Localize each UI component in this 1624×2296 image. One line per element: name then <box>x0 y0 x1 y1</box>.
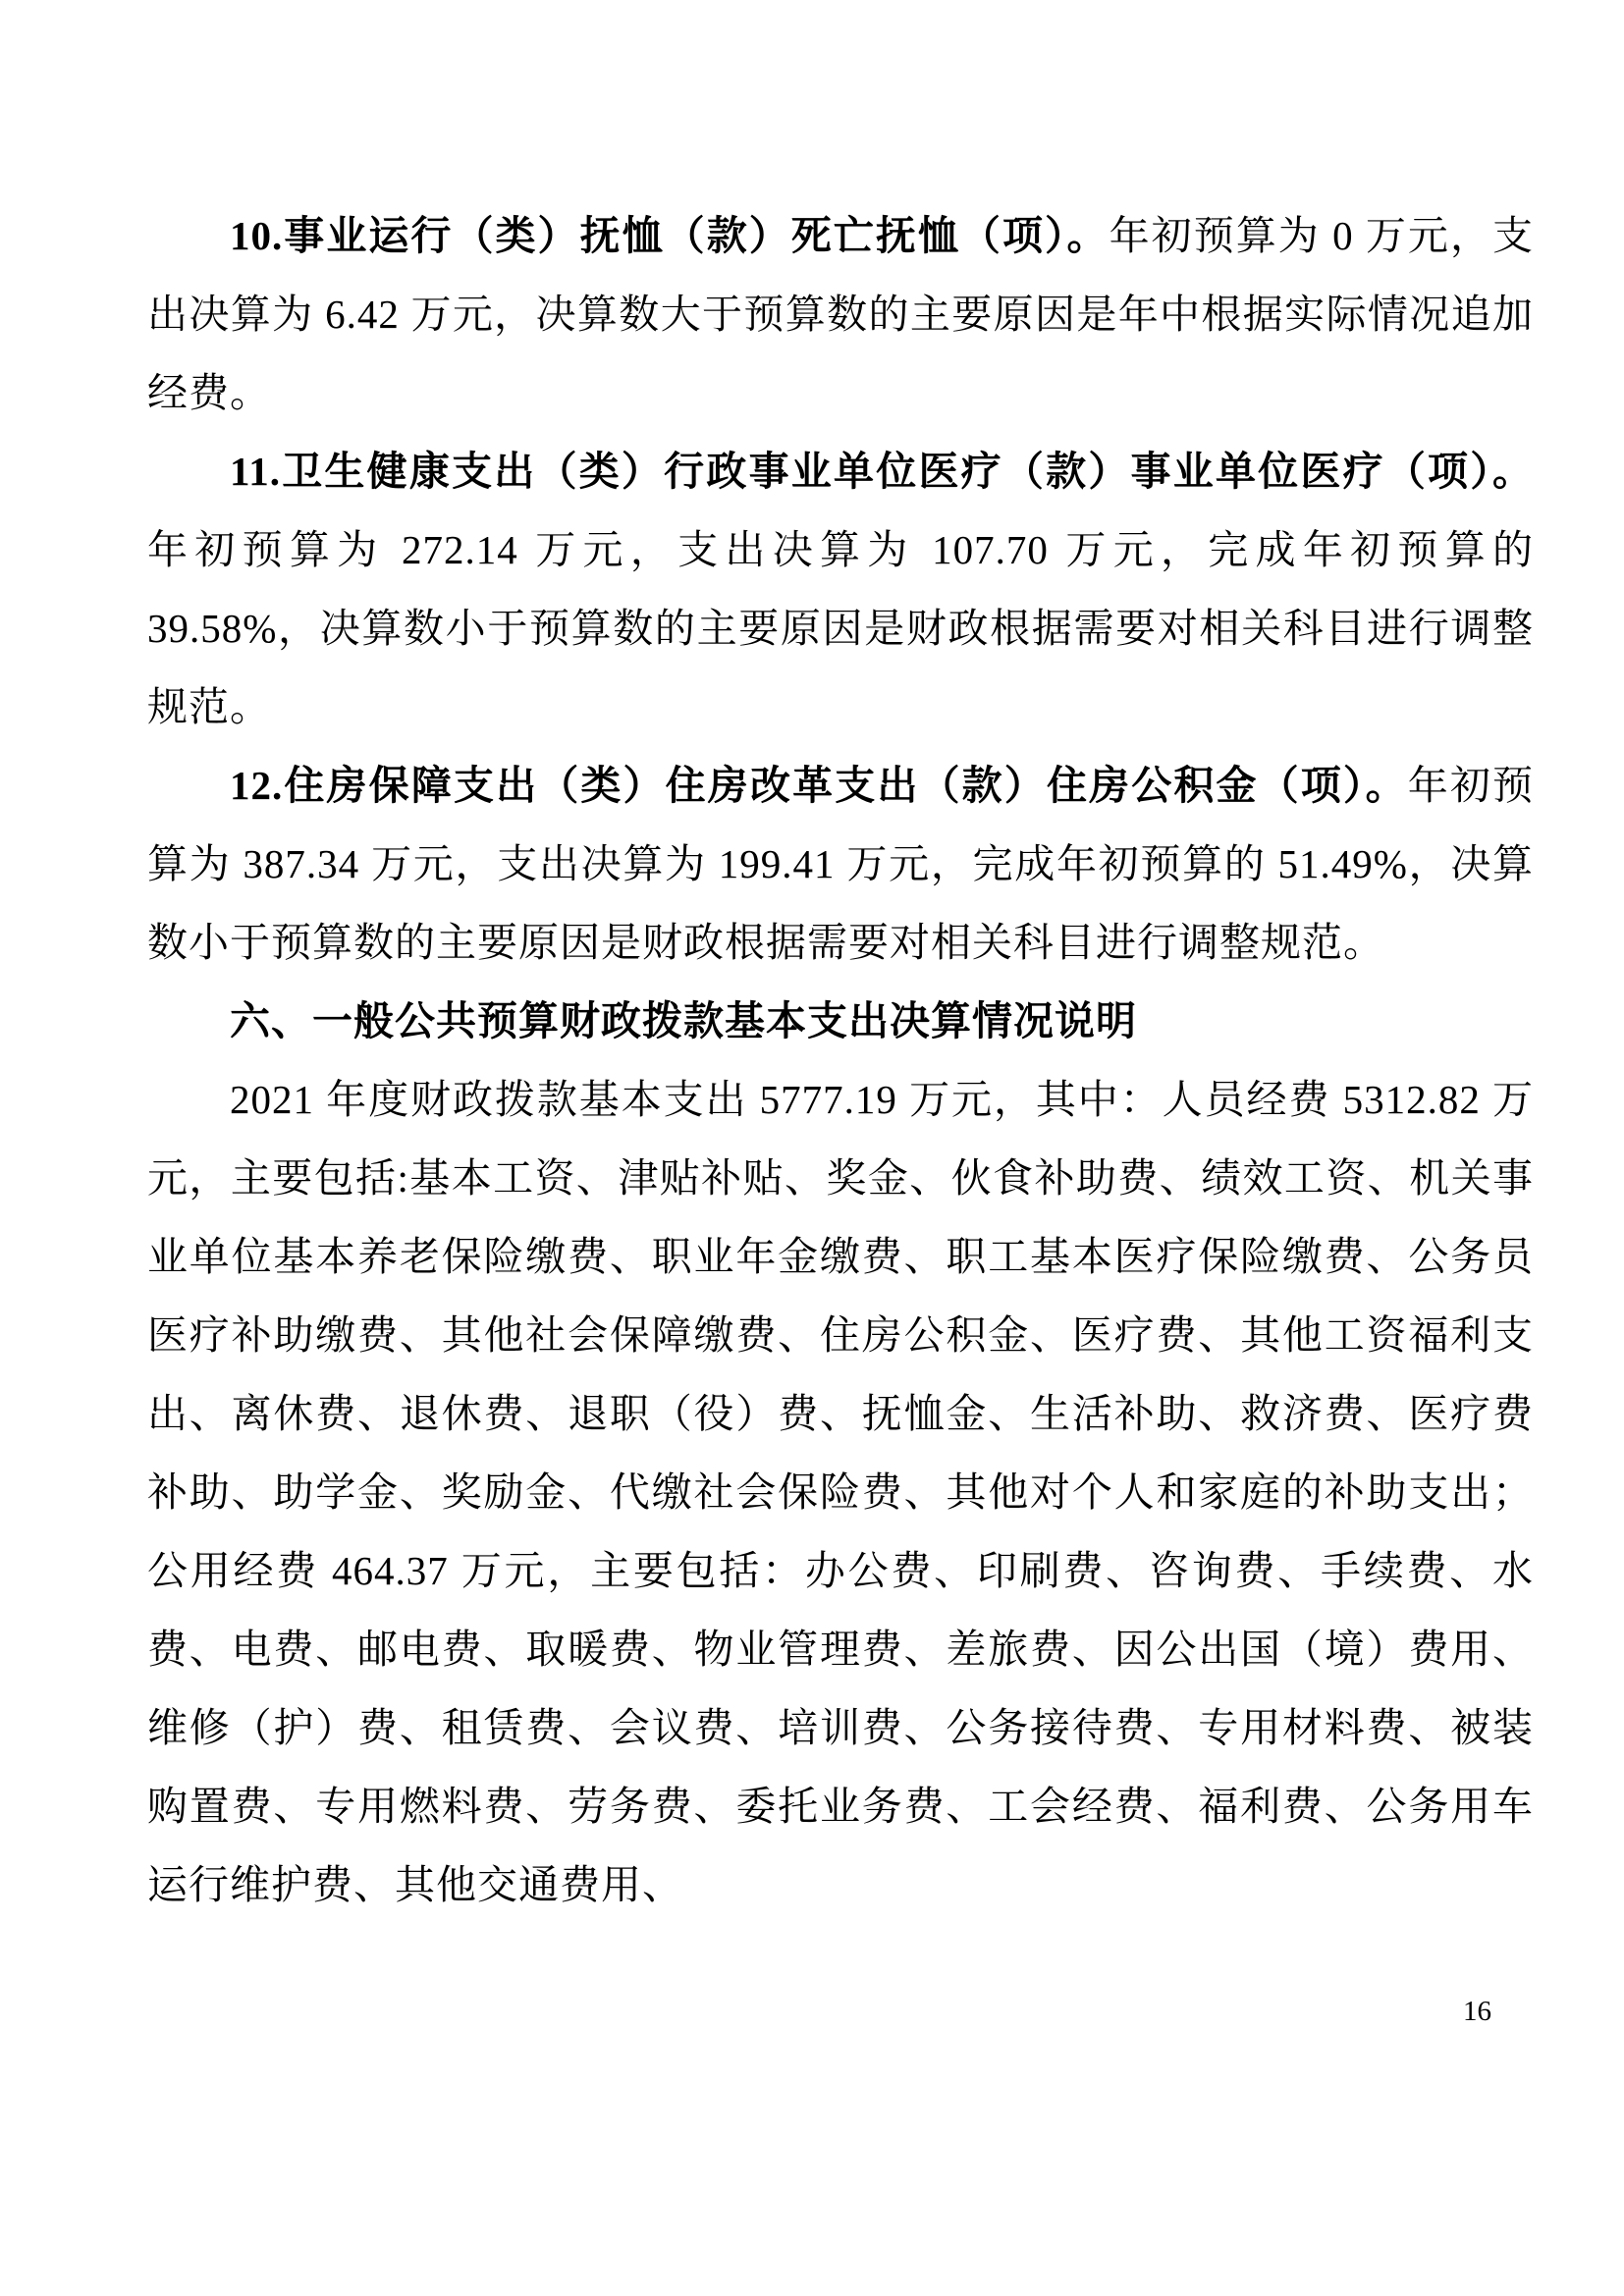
section-heading-six: 六、一般公共预算财政拨款基本支出决算情况说明 <box>147 982 1534 1060</box>
page-number: 16 <box>1463 1995 1491 2029</box>
paragraph-item-11: 11.卫生健康支出（类）行政事业单位医疗（款）事业单位医疗（项）。年初预算为 2… <box>147 432 1534 746</box>
paragraph-item-10: 10.事业运行（类）抚恤（款）死亡抚恤（项）。年初预算为 0 万元，支出决算为 … <box>147 196 1534 432</box>
paragraph-item-11-lead: 11.卫生健康支出（类）行政事业单位医疗（款）事业单位医疗（项）。 <box>230 449 1534 494</box>
document-content: 10.事业运行（类）抚恤（款）死亡抚恤（项）。年初预算为 0 万元，支出决算为 … <box>147 196 1534 1924</box>
document-page: 10.事业运行（类）抚恤（款）死亡抚恤（项）。年初预算为 0 万元，支出决算为 … <box>0 0 1624 2296</box>
paragraph-item-11-body: 年初预算为 272.14 万元，支出决算为 107.70 万元，完成年初预算的 … <box>147 527 1534 729</box>
paragraph-basic-expenditure-body: 2021 年度财政拨款基本支出 5777.19 万元，其中：人员经费 5312.… <box>147 1077 1534 1907</box>
paragraph-item-10-lead: 10.事业运行（类）抚恤（款）死亡抚恤（项）。 <box>230 213 1110 258</box>
paragraph-item-12-lead: 12.住房保障支出（类）住房改革支出（款）住房公积金（项）。 <box>230 763 1408 808</box>
paragraph-item-12: 12.住房保障支出（类）住房改革支出（款）住房公积金（项）。年初预算为 387.… <box>147 746 1534 982</box>
paragraph-basic-expenditure: 2021 年度财政拨款基本支出 5777.19 万元，其中：人员经费 5312.… <box>147 1060 1534 1924</box>
